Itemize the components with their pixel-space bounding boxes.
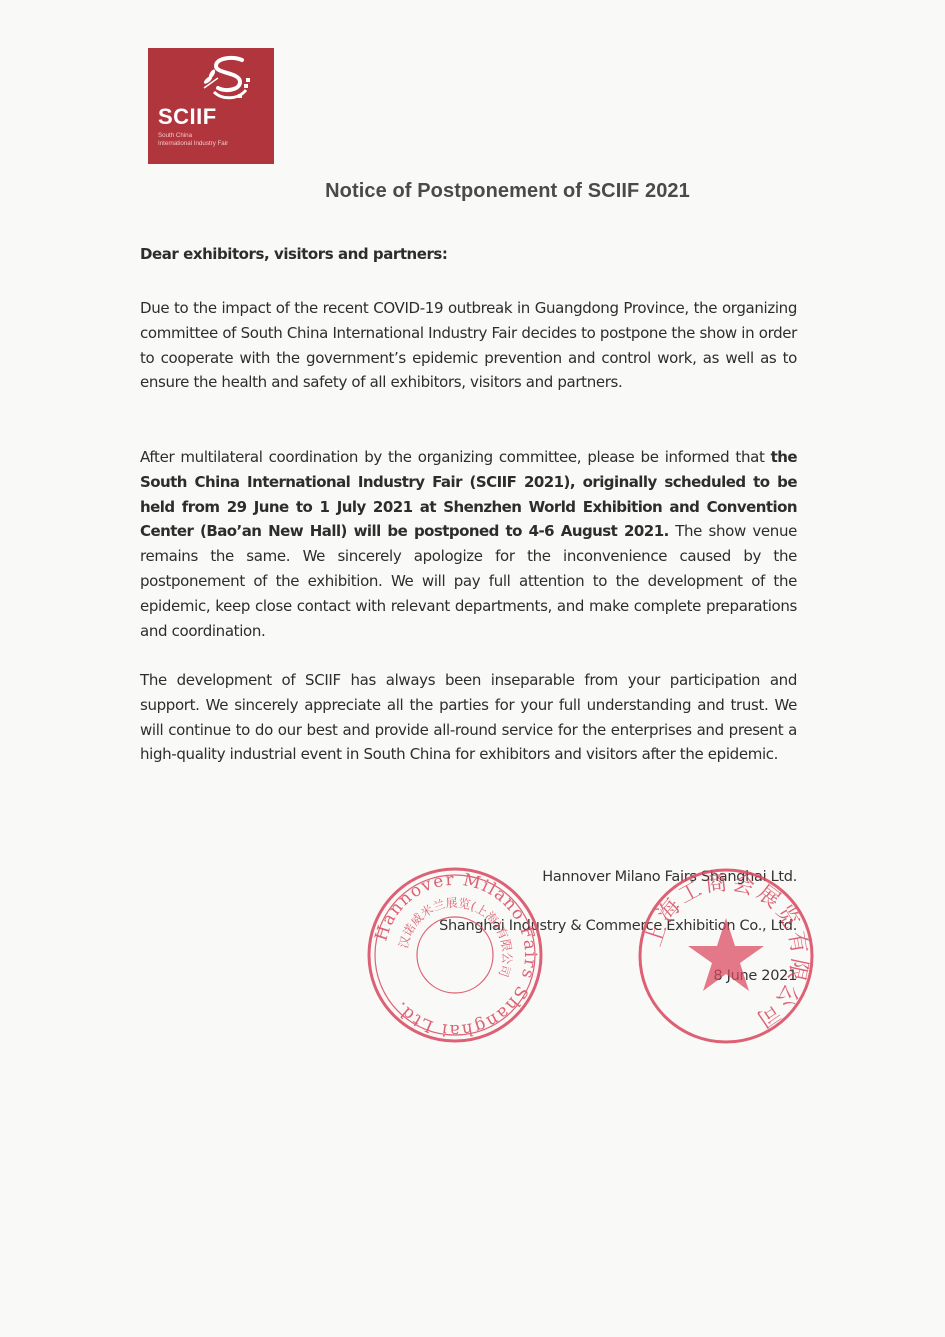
hannover-seal-stamp-icon: Hannover Milano Fairs Shanghai Ltd. 汉诺威米… xyxy=(366,866,544,1044)
svg-text:汉诺威米兰展览(上海)有限公司: 汉诺威米兰展览(上海)有限公司 xyxy=(396,895,514,979)
signature-date: 8 June 2021 xyxy=(713,968,797,984)
document-page: SCIIF South China International Industry… xyxy=(0,0,945,1337)
paragraph-3: The development of SCIIF has always been… xyxy=(140,668,797,767)
sciif-logo: SCIIF South China International Industry… xyxy=(148,48,274,164)
paragraph-1: Due to the impact of the recent COVID-19… xyxy=(140,296,797,395)
salutation: Dear exhibitors, visitors and partners: xyxy=(140,245,447,263)
svg-text:上海工商会展览有限公司: 上海工商会展览有限公司 xyxy=(641,870,812,1033)
page-title: Notice of Postponement of SCIIF 2021 xyxy=(0,180,945,203)
logo-subtitle-line1: South China xyxy=(158,132,228,140)
paragraph-2-intro: After multilateral coordination by the o… xyxy=(140,448,771,466)
svg-text:Hannover Milano Fairs Shanghai: Hannover Milano Fairs Shanghai Ltd. xyxy=(371,870,540,1040)
sciif-mark-icon xyxy=(202,54,254,104)
paragraph-2: After multilateral coordination by the o… xyxy=(140,445,797,643)
signature-org-2: Shanghai Industry & Commerce Exhibition … xyxy=(439,918,797,934)
logo-subtitle: South China International Industry Fair xyxy=(158,132,228,147)
logo-subtitle-line2: International Industry Fair xyxy=(158,140,228,148)
logo-brand: SCIIF xyxy=(158,106,217,128)
shanghai-commerce-seal-stamp-icon: 上海工商会展览有限公司 xyxy=(636,866,816,1046)
signature-org-1: Hannover Milano Fairs Shanghai Ltd. xyxy=(542,869,797,885)
